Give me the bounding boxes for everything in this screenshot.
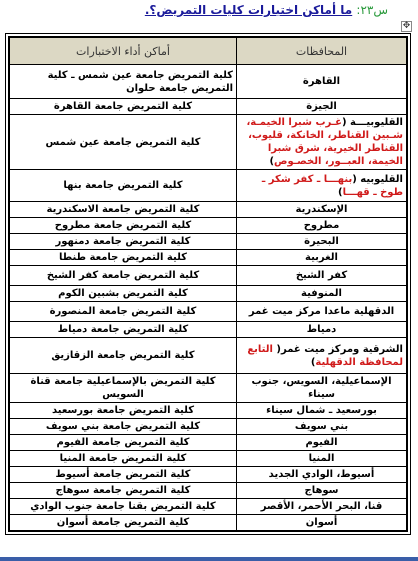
governorate-cell: الغربية [237,250,407,266]
governorate-cell: الشرقية ومركز ميت غمر( التابع لمحافظة ال… [237,338,407,374]
table-row: مطروحكلية التمريض جامعة مطروح [10,218,407,234]
table-row: المنياكلية التمريض جامعة المنيا [10,451,407,467]
table-row: بورسعيد ـ شمال سيناءكلية التمريض جامعة ب… [10,403,407,419]
exam-location-cell: كلية التمريض جامعة بنها [10,170,237,202]
governorate-cell: دمياط [237,322,407,338]
table-row: كفر الشيخكلية التمريض جامعة كفر الشيخ [10,266,407,286]
governorate-prefix: القليوبيـــة ( [342,117,403,128]
table-row: أسوانكلية التمريض جامعة أسوان [10,515,407,531]
table-row: المنوفيةكلية التمريض بشبين الكوم [10,286,407,302]
governorate-cell: أسوان [237,515,407,531]
table-row: قنا، البحر الأحمر، الأقصركلية التمريض بق… [10,499,407,515]
governorate-cell: القاهرة [237,65,407,99]
governorate-cell: البحيرة [237,234,407,250]
table-row: الإسكندريةكلية التمريض جامعة الاسكندرية [10,202,407,218]
table-row: القاهرةكلية التمريض جامعة عين شمس ـ كلية… [10,65,407,99]
exam-location-cell: كلية التمريض بالإسماعيلية جامعة قناة الس… [10,374,237,403]
table-row: بني سويفكلية التمريض جامعة بني سويف [10,419,407,435]
governorate-cell: بني سويف [237,419,407,435]
exam-location-cell: كلية التمريض جامعة بني سويف [10,419,237,435]
nursing-exam-locations-table: المحافظات أماكن أداء الاختبارات القاهرةك… [5,33,411,535]
question-text: ما أماكن اختبارات كليات التمريض؟. [145,3,352,17]
table-row: سوهاجكلية التمريض جامعة سوهاج [10,483,407,499]
table-header-row: المحافظات أماكن أداء الاختبارات [10,38,407,65]
governorate-prefix: الشرقية ومركز ميت غمر( [273,344,403,355]
exam-location-cell: كلية التمريض جامعة كفر الشيخ [10,266,237,286]
governorate-cell: القليوبيه (بنهـــا ـ كفر شكر ـ طوخ ـ قهـ… [237,170,407,202]
header-governorates: المحافظات [237,38,407,65]
exam-location-cell: كلية التمريض جامعة طنطا [10,250,237,266]
governorate-cell: الإسماعيلية، السويس، جنوب سيناء [237,374,407,403]
table-row: الشرقية ومركز ميت غمر( التابع لمحافظة ال… [10,338,407,374]
question-heading: س٢٣: ما أماكن اختبارات كليات التمريض؟. [145,3,388,17]
exam-location-cell: كلية التمريض بشبين الكوم [10,286,237,302]
exam-location-cell: كلية التمريض جامعة الزقازيق [10,338,237,374]
governorate-cell: بورسعيد ـ شمال سيناء [237,403,407,419]
table-row: القليوبيـــة (غـرب شبرا الخيمـة، شـبين ا… [10,115,407,170]
exam-location-cell: كلية التمريض جامعة دمياط [10,322,237,338]
exam-location-cell: كلية التمريض جامعة دمنهور [10,234,237,250]
exam-location-cell: كلية التمريض جامعة عين شمس [10,115,237,170]
exam-location-cell: كلية التمريض جامعة بورسعيد [10,403,237,419]
exam-location-cell: كلية التمريض جامعة القاهرة [10,99,237,115]
exam-location-cell: كلية التمريض جامعة أسيوط [10,467,237,483]
governorate-cell: المنوفية [237,286,407,302]
governorate-cell: الفيوم [237,435,407,451]
question-number: س٢٣: [356,3,388,17]
governorate-cell: مطروح [237,218,407,234]
table-row: البحيرةكلية التمريض جامعة دمنهور [10,234,407,250]
exam-location-cell: كلية التمريض جامعة المنصورة [10,302,237,322]
exam-location-cell: كلية التمريض جامعة أسوان [10,515,237,531]
table-row: الفيومكلية التمريض جامعة الفيوم [10,435,407,451]
exam-location-cell: كلية التمريض جامعة المنيا [10,451,237,467]
exam-location-cell: كلية التمريض جامعة الاسكندرية [10,202,237,218]
governorate-cell: القليوبيـــة (غـرب شبرا الخيمـة، شـبين ا… [237,115,407,170]
governorate-prefix: القليوبيه ( [352,174,403,185]
governorate-cell: قنا، البحر الأحمر، الأقصر [237,499,407,515]
exam-location-cell: كلية التمريض جامعة مطروح [10,218,237,234]
governorate-cell: الدقهلية ماعدا مركز ميت غمر [237,302,407,322]
table-row: الإسماعيلية، السويس، جنوب سيناءكلية التم… [10,374,407,403]
table-row: الغربيةكلية التمريض جامعة طنطا [10,250,407,266]
governorate-cell: سوهاج [237,483,407,499]
governorate-cell: أسيوط، الوادي الجديد [237,467,407,483]
table-row: الجيزةكلية التمريض جامعة القاهرة [10,99,407,115]
exam-location-cell: كلية التمريض جامعة سوهاج [10,483,237,499]
governorate-cell: المنيا [237,451,407,467]
governorate-cell: كفر الشيخ [237,266,407,286]
header-locations: أماكن أداء الاختبارات [10,38,237,65]
bottom-window-edge [0,557,418,561]
table-move-handle-icon[interactable]: ✥ [401,21,412,32]
governorate-cell: الإسكندرية [237,202,407,218]
exam-location-cell: كلية التمريض جامعة الفيوم [10,435,237,451]
table-row: الدقهلية ماعدا مركز ميت غمركلية التمريض … [10,302,407,322]
table-row: أسيوط، الوادي الجديدكلية التمريض جامعة أ… [10,467,407,483]
governorate-cell: الجيزة [237,99,407,115]
table-row: دمياطكلية التمريض جامعة دمياط [10,322,407,338]
exam-location-cell: كلية التمريض جامعة عين شمس ـ كلية التمري… [10,65,237,99]
table-row: القليوبيه (بنهـــا ـ كفر شكر ـ طوخ ـ قهـ… [10,170,407,202]
exam-location-cell: كلية التمريض بقنا جامعة جنوب الوادي [10,499,237,515]
